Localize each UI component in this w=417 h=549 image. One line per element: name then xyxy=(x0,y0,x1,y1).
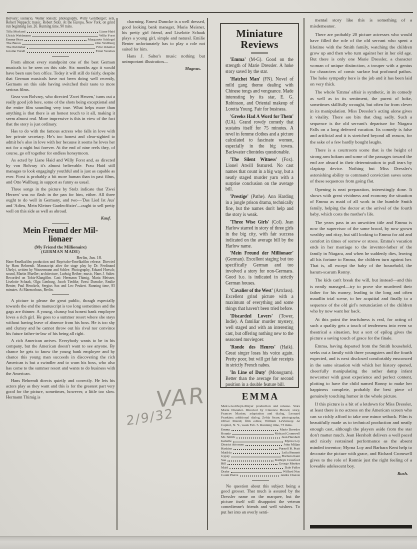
section-rule xyxy=(52,223,69,224)
review-paragraph: At this point the tearfulness is real, f… xyxy=(310,316,412,341)
miniature-reviews-list: 'Emma' (M-G). Good on the strength of Ma… xyxy=(226,58,294,388)
column-das-lied-und-millionaer: Bolvary; scenario, Walter Reisch; photog… xyxy=(6,17,115,531)
millionaer-title-line2: lionaer xyxy=(49,235,73,244)
miniature-review-item: 'Prestige' (Pathe). Ann Harding in a jun… xyxy=(226,195,294,219)
dot-leader xyxy=(233,453,280,454)
millionaer-review-body: A picture to please the great public, th… xyxy=(6,298,115,400)
film-name: 'Emma' xyxy=(230,58,246,63)
dot-leader xyxy=(25,40,87,41)
film-name: 'Hatchet Man' xyxy=(230,77,260,82)
title-underline xyxy=(251,52,268,54)
miniature-review-item: 'Cavalier of the West' (Artclass). Excel… xyxy=(226,288,294,312)
emma-opening-paragraph: No question about this subject being a g… xyxy=(221,483,300,514)
review-paragraph: Opening is neat preparation, interesting… xyxy=(310,186,412,217)
dot-leader xyxy=(231,472,282,473)
millionaer-credits: Hans-Emelkafilm production and Bayrische… xyxy=(6,261,115,293)
lied-review-body: From almost every standpoint one of the … xyxy=(6,60,115,215)
emma-credits: Metro-Goldwyn-Mayer production and relea… xyxy=(221,405,300,428)
cast-row: Count Pierre Andre Cheron xyxy=(221,474,300,478)
cast-actor: Ernst Verebes xyxy=(96,50,115,54)
dot-leader xyxy=(228,464,278,465)
miniature-reviews-title: Miniature Reviews xyxy=(226,28,294,50)
review-paragraph: Hans Behrendt directs quietly and correc… xyxy=(6,378,115,400)
review-paragraph: The kids can't break the will, but inste… xyxy=(310,277,412,314)
film-name: 'Cavalier of the West' xyxy=(230,288,273,293)
review-paragraph: The years pass in an unwritten title and… xyxy=(310,219,412,275)
review-paragraph: Hans J. Salter's music nothing but unimp… xyxy=(122,54,205,65)
section-rule xyxy=(52,295,69,296)
film-blurb: (Fox). Lionel Atwill featured. No cast n… xyxy=(226,157,294,192)
cast-row: Jerome Turell Ernst Verebes xyxy=(6,50,115,54)
miniature-review-item: 'Ronde des Heures' (Haik). Great singer … xyxy=(226,345,294,369)
film-blurb: (UA). Grand rowdy comedy that sustains i… xyxy=(226,120,294,155)
column-emma-continuation: mental story like this is something of a… xyxy=(310,17,412,524)
section-rule xyxy=(252,480,269,481)
dot-leader xyxy=(233,449,277,450)
emma-title: EMMA xyxy=(221,392,300,402)
emma-review-start: EMMA Metro-Goldwyn-Mayer production and … xyxy=(221,392,300,531)
millionaer-review-continuation: charming. Ernest Dumcke is a well dresse… xyxy=(122,19,205,65)
film-name: 'Ronde des Heures' xyxy=(230,345,275,350)
review-paragraph: The whole 'Emma' affair is synthetic, in… xyxy=(310,89,412,145)
millionaer-reviewer-signature: Magnus. xyxy=(122,66,205,71)
review-paragraph: charming. Ernest Dumcke is a well dresse… xyxy=(122,19,205,52)
film-blurb: (German). Excellent staging but too spec… xyxy=(226,257,294,286)
end-of-review-rule xyxy=(310,525,412,529)
dot-leader xyxy=(231,430,278,431)
dot-leader xyxy=(27,48,95,49)
cast-role: Jerome Turell xyxy=(6,50,25,54)
scan-bottom-edge xyxy=(0,536,417,549)
dot-leader xyxy=(230,468,283,469)
section-rule xyxy=(52,56,69,57)
dot-leader xyxy=(27,32,98,33)
film-name: 'Prestige' xyxy=(230,195,249,200)
column-millionaer-continuation: charming. Ernest Dumcke is a well dresse… xyxy=(122,19,205,531)
lied-cast-list: Tilla Morland Liane Haid Ulrich Weidmann… xyxy=(6,30,115,54)
dot-leader xyxy=(231,457,280,458)
film-name: 'In Line of Duty' xyxy=(230,370,266,375)
miniature-review-item: 'Mein Freund der Millionaer' (German). E… xyxy=(226,251,294,287)
scanned-review-page: Bolvary; scenario, Walter Reisch; photog… xyxy=(0,0,417,549)
review-paragraph: If this picture is a bit of a letdown fo… xyxy=(310,401,412,469)
miniature-review-item: 'The Silent Witness' (Fox). Lionel Atwil… xyxy=(226,157,294,193)
dot-leader xyxy=(245,445,282,446)
dot-leader xyxy=(22,44,93,45)
film-name: 'Three Wise Girls' xyxy=(230,220,269,225)
miniature-review-item: 'Discarded Lovers' (Tower, Indie). A fam… xyxy=(226,314,294,344)
review-paragraph: There is a courtroom scene that is the h… xyxy=(310,147,412,184)
review-paragraph: Has to do with the famous actress who fa… xyxy=(6,129,115,157)
dot-leader xyxy=(236,438,280,439)
miniature-review-item: 'Three Wise Girls' (Col). Jean Harlow st… xyxy=(226,220,294,250)
column-rule-2 xyxy=(207,18,208,530)
review-paragraph: mental story like this is something of a… xyxy=(310,17,412,29)
page-top-rule xyxy=(7,12,413,13)
film-name: 'Discarded Lovers' xyxy=(230,314,273,319)
miniature-review-item: 'In Line of Duty' (Monogram). Better tha… xyxy=(226,370,294,388)
review-paragraph: From almost every standpoint one of the … xyxy=(6,60,115,93)
review-paragraph: Emma, having departed from the Smith hou… xyxy=(310,343,412,399)
film-name: 'The Silent Witness' xyxy=(230,157,277,162)
lied-credits: Bolvary; scenario, Walter Reisch; photog… xyxy=(6,17,115,29)
millionaer-title-line1: Mein Freund der Mil- xyxy=(23,227,98,236)
column-rule-3 xyxy=(304,18,305,530)
millionaer-origin: (GERMAN MADE) xyxy=(6,250,115,255)
cast-role: Count Pierre xyxy=(221,474,238,478)
film-name: 'Mein Freund der Millionaer' xyxy=(230,251,294,256)
cast-actor: Andre Cheron xyxy=(281,474,300,478)
review-paragraph: Geza von Bolvary, who directed 'Zwei Her… xyxy=(6,94,115,127)
review-paragraph: There are probably 20 picture actresses … xyxy=(310,31,412,87)
miniature-review-item: 'Greeks Had A Word for Them' (UA). Grand… xyxy=(226,114,294,156)
emma-cast-list: Emma Marie Dressler Ronnie Richard Cromw… xyxy=(221,428,300,477)
review-paragraph: A picture to please the great public, th… xyxy=(6,298,115,337)
miniature-reviews-box: Miniature Reviews 'Emma' (M-G). Good on … xyxy=(220,23,299,388)
review-paragraph: Three songs in the picture by Stolz indi… xyxy=(6,187,115,215)
millionaer-title: Mein Freund der Mil-lionaer xyxy=(6,227,115,244)
film-blurb: (FN). Novel of mild gang theme dealing w… xyxy=(226,77,294,112)
dot-leader xyxy=(228,460,274,461)
review-paragraph: A rich American arrives. Everybody wants… xyxy=(6,338,115,377)
emma-review-body: mental story like this is something of a… xyxy=(310,17,412,469)
emma-reviewer-signature: Rush. xyxy=(310,471,412,476)
dot-leader xyxy=(232,434,273,435)
column-rule-1 xyxy=(117,18,118,530)
miniature-review-item: 'Hatchet Man' (FN). Novel of mild gang t… xyxy=(226,77,294,113)
lied-reviewer-signature: Kauf. xyxy=(6,216,115,221)
film-name: 'Greeks Had A Word for Them' xyxy=(230,114,294,119)
review-paragraph: As acted by Liane Haid and Willy Forst a… xyxy=(6,158,115,186)
dot-leader xyxy=(27,52,94,53)
miniature-review-item: 'Emma' (M-G). Good on the strength of Ma… xyxy=(226,58,294,76)
dot-leader xyxy=(240,476,279,477)
